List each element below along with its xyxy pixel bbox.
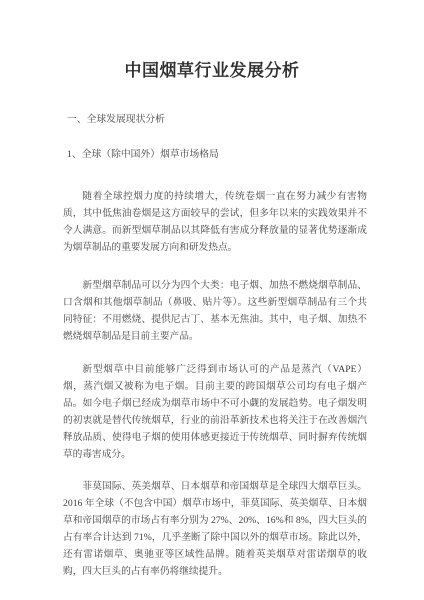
document-title: 中国烟草行业发展分析 (57, 62, 367, 80)
document-page: 中国烟草行业发展分析 一、全球发展现状分析 1、全球（除中国外）烟草市场格局 随… (0, 0, 424, 600)
section-heading-global-overview: 一、全球发展现状分析 (63, 113, 367, 126)
paragraph-new-tobacco-categories: 新型烟草制品可以分为四个大类：电子烟、加热不燃烧烟草制品、口含烟和其他烟草制品（… (63, 277, 367, 345)
paragraph-vape-products: 新型烟草中目前能够广泛得到市场认可的产品是蒸汽（VAPE）烟，蒸汽烟又被称为电子… (63, 361, 367, 463)
paragraph-tobacco-control-trend: 随着全球控烟力度的持续增大，传统卷烟一直在努力减少有害物质，其中低焦油卷烟是这方… (63, 188, 367, 256)
paragraph-four-giants-market-share: 菲莫国际、英美烟草、日本烟草和帝国烟草是全球四大烟草巨头。2016 年全球（不包… (63, 478, 367, 580)
subsection-heading-global-market-structure: 1、全球（除中国外）烟草市场格局 (63, 148, 367, 161)
